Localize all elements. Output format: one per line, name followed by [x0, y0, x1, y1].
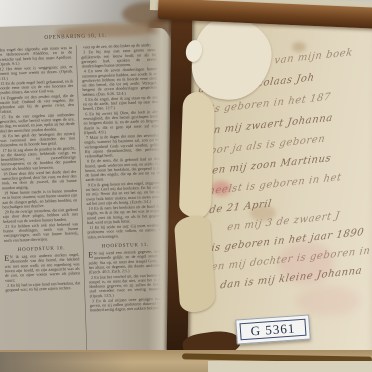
stain — [292, 42, 306, 52]
torn-paper-fragment — [174, 215, 217, 313]
stain — [278, 242, 334, 284]
stain — [250, 205, 276, 221]
label-text: G 5361 — [250, 320, 296, 339]
photo-open-antique-bible: OPENBARING 10, 11. den engel des afgrond… — [0, 0, 372, 372]
handwriting-line: door ja als is geboren — [202, 133, 326, 157]
stain — [211, 181, 231, 196]
label-border: G 5361 — [239, 319, 306, 341]
verse-paragraph: 2 En hij had in zijne hand een boeksken,… — [5, 281, 80, 293]
handwriting-line: en mij 3 de zwaert J — [226, 210, 340, 233]
handwriting-line: en mij zoon Martinus — [211, 153, 332, 177]
backdrop-cloth — [208, 361, 372, 372]
verse-paragraph: 19 Want hunne macht is in hunne monden e… — [2, 188, 78, 209]
handwriting-line: in mij zwaert Johanna — [209, 113, 333, 137]
verse-paragraph: 15 En de vier engelen zijn ontbonden gew… — [0, 112, 75, 133]
verse-paragraph: 3 En hij riep met eene groote stem, geli… — [81, 48, 157, 69]
verse-paragraph: den engel des afgronds; zijn naam was in… — [0, 45, 73, 66]
left-column: den engel des afgronds; zijn naam was in… — [0, 45, 87, 356]
torn-paper-fragment — [179, 91, 215, 218]
text-block: den engel des afgronds; zijn naam was in… — [0, 42, 168, 355]
archival-label: G 5361 — [235, 314, 311, 344]
stain — [296, 286, 360, 316]
verse-paragraph: 18 Door deze drie werd het derde deel de… — [1, 169, 77, 190]
verse-paragraph: 17 En ik zag alzoo de paarden in dit gez… — [0, 146, 76, 172]
verse-paragraph: 4 En toen de zeven donderslagen hunne st… — [82, 67, 158, 97]
verse-paragraph: 14 Zeggende tot den zesden engel, die de… — [0, 93, 74, 114]
verse-paragraph: EN ik zag een anderen sterken engel, afk… — [4, 252, 80, 282]
bottom-shadow — [0, 352, 130, 372]
verse-paragraph: 21 En hebben zich ook niet bekeerd van h… — [3, 222, 79, 243]
